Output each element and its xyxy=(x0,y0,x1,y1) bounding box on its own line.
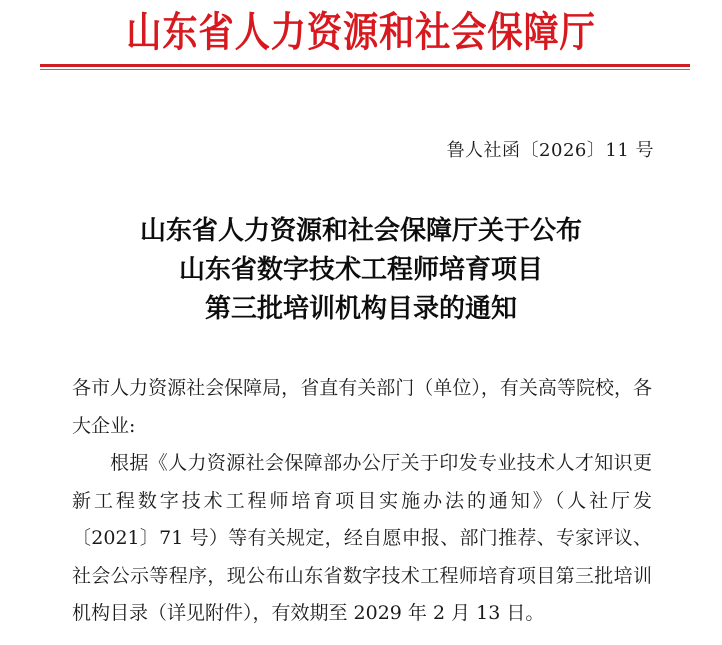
title-line-3: 第三批培训机构目录的通知 xyxy=(0,290,722,329)
letterhead-title: 山东省人力资源和社会保障厅 xyxy=(51,8,672,56)
title-line-2: 山东省数字技术工程师培育项目 xyxy=(0,251,722,290)
document-title: 山东省人力资源和社会保障厅关于公布 山东省数字技术工程师培育项目 第三批培训机构… xyxy=(0,212,722,329)
salutation: 各市人力资源社会保障局，省直有关部门（单位），有关高等院校，各大企业: xyxy=(72,370,652,445)
document-body: 各市人力资源社会保障局，省直有关部门（单位），有关高等院校，各大企业: 根据《人… xyxy=(72,370,652,633)
title-line-1: 山东省人力资源和社会保障厅关于公布 xyxy=(0,212,722,251)
letterhead-red-rule xyxy=(40,64,690,67)
letterhead-red-rule-thin xyxy=(40,69,690,70)
document-number: 鲁人社函〔2026〕11 号 xyxy=(447,138,654,164)
body-paragraph-1: 根据《人力资源社会保障部办公厅关于印发专业技术人才知识更新工程数字技术工程师培育… xyxy=(72,445,652,633)
